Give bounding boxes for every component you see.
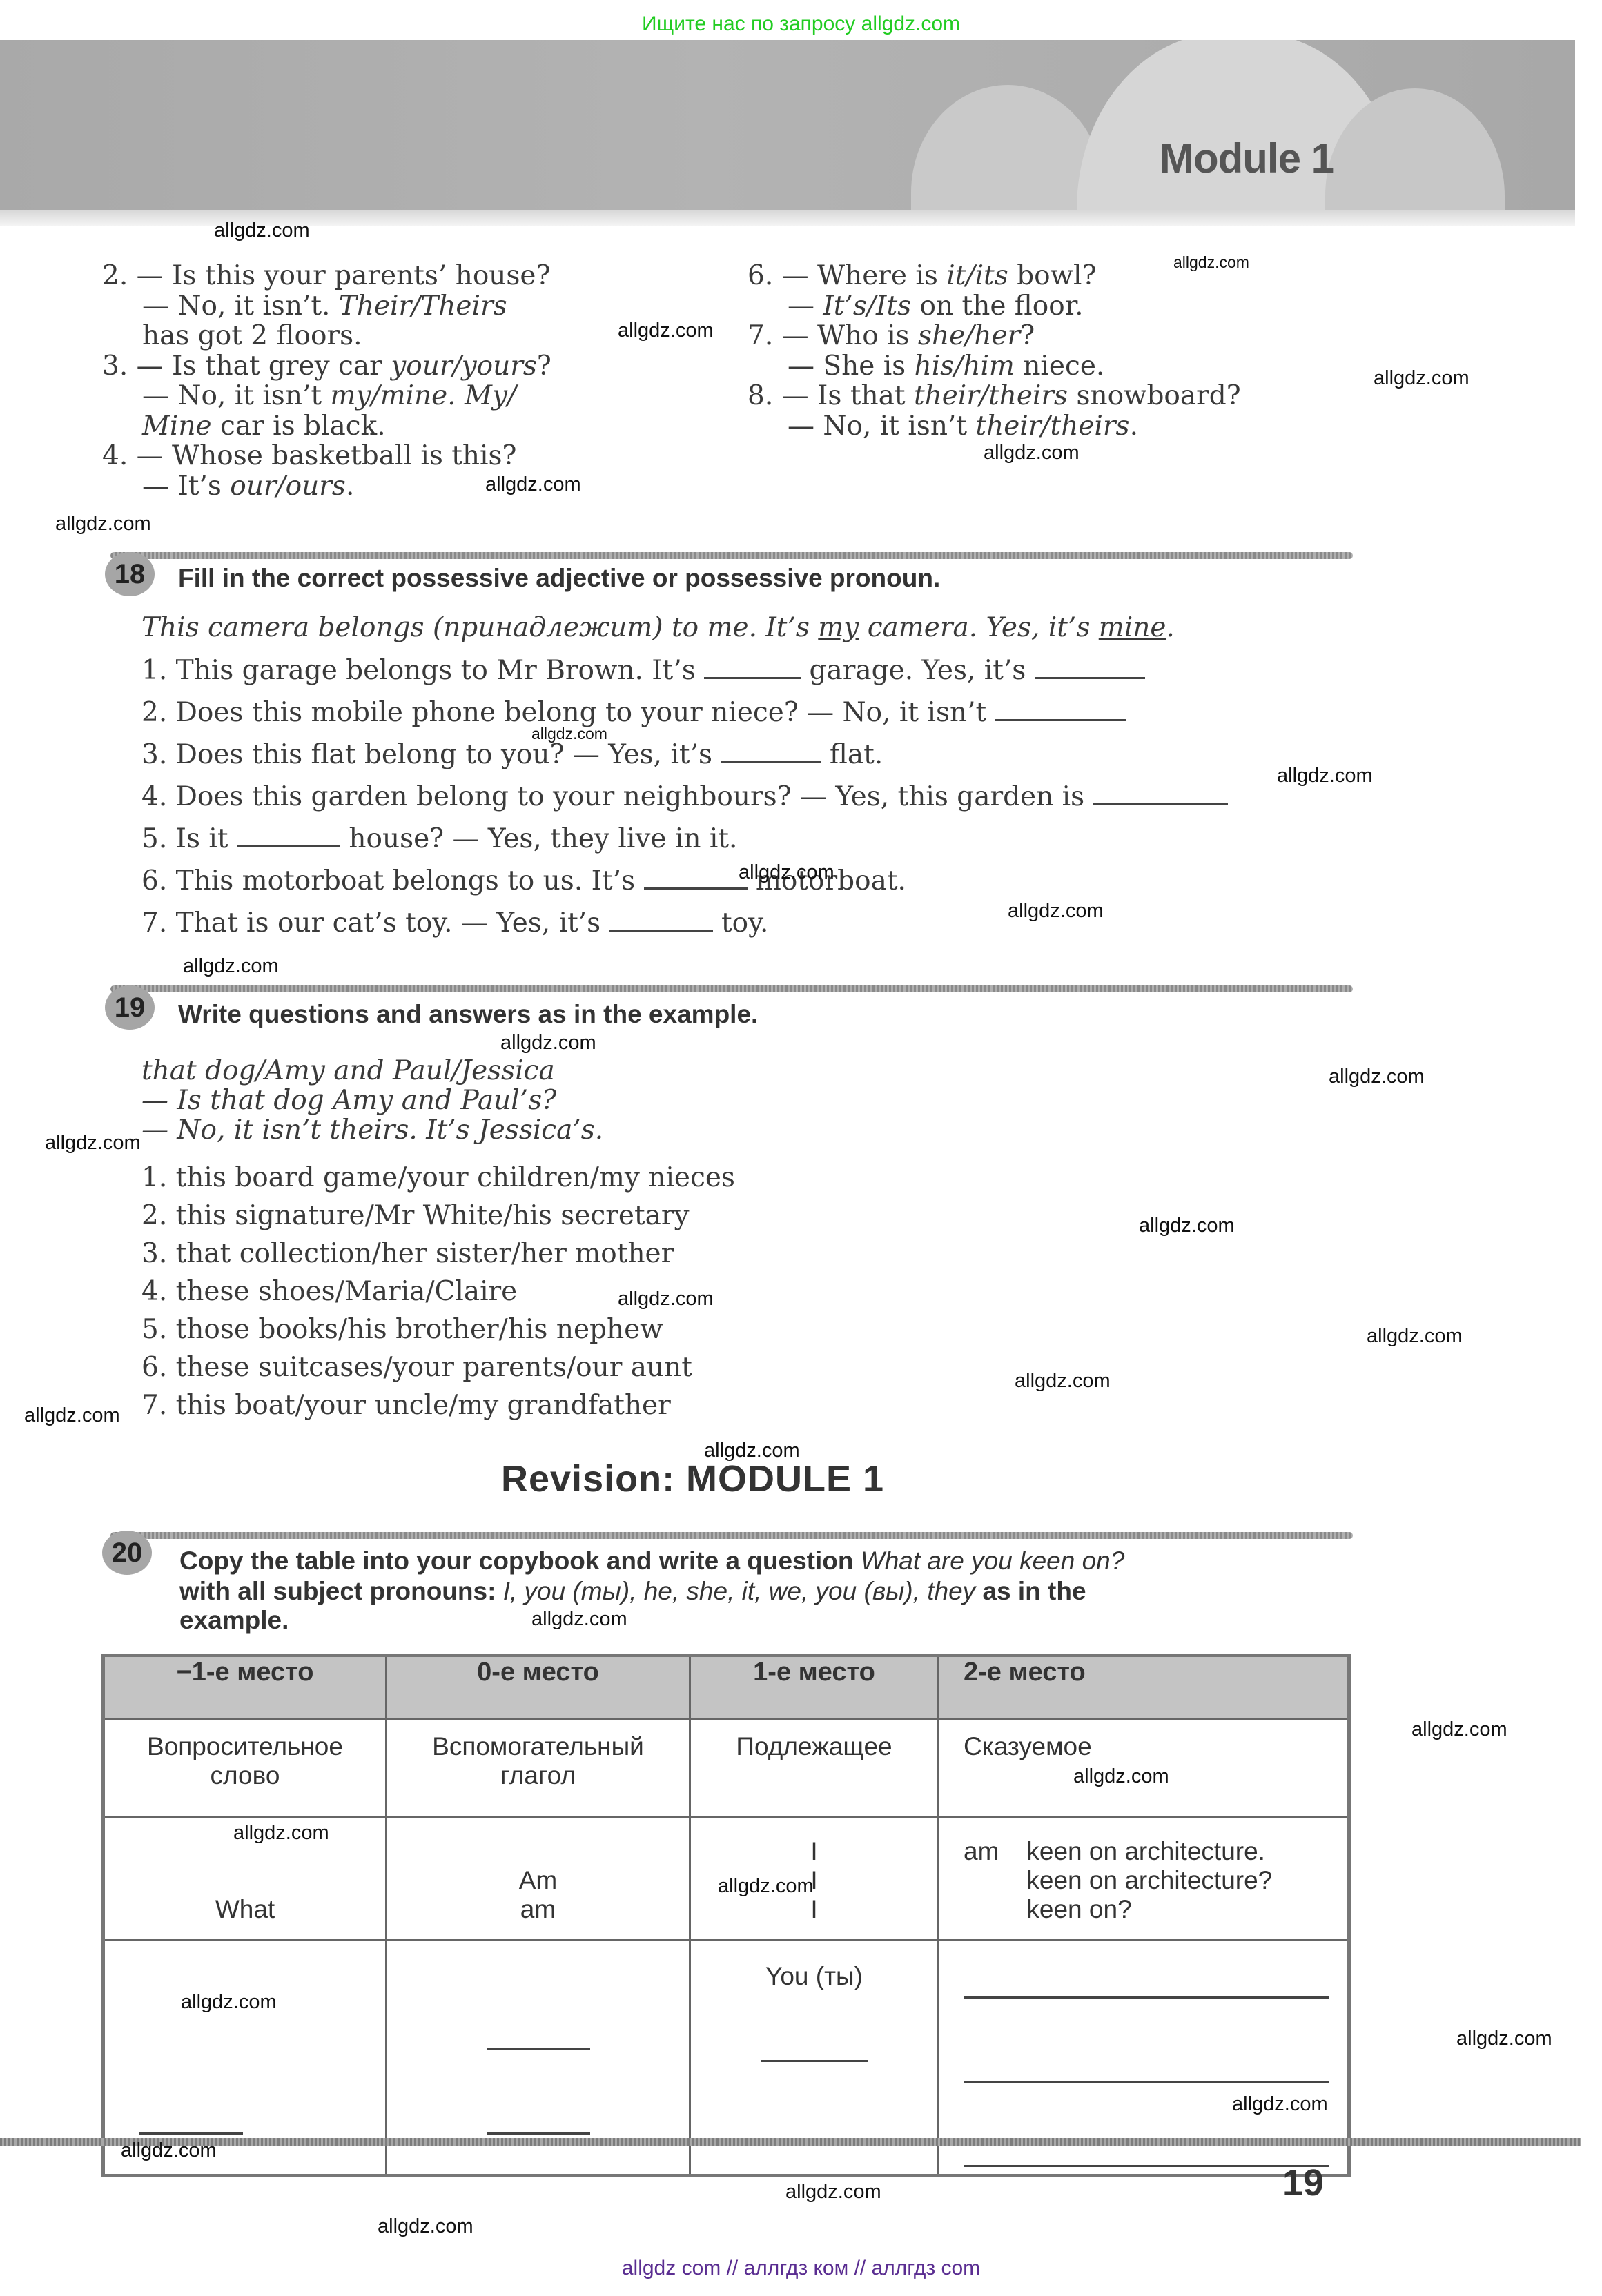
dialogue-line: — She is his/him niece. [788,351,1104,382]
dialogue-text: has got 2 floors. [142,320,362,351]
table-cell-line: keen on architecture. [1026,1837,1272,1866]
title-text: as in the [975,1577,1086,1605]
watermark-text: allgdz.com [378,2215,473,2238]
table-cell-line [387,1837,689,1866]
answer-blank[interactable] [964,2074,1329,2083]
sentence-order-table: −1-е место 0-е место 1-е место 2-е место… [101,1654,1351,2177]
dialogue-text: — Where is [782,260,947,291]
exercise-item: 2. Does this mobile phone belong to your… [141,698,1126,728]
table-cell-line: keen on? [1026,1895,1272,1924]
choice-options: Mine [142,411,212,442]
dialogue-text: — No, it isn’t [788,411,975,442]
dialogue-line: — It’s/Its on the floor. [788,291,1084,322]
table-cell: Подлежащее [690,1719,939,1817]
title-text: Copy the table into your copybook and wr… [179,1547,861,1575]
watermark-text: allgdz.com [618,320,714,342]
title-text: with all subject pronouns: [179,1577,503,1605]
watermark-text: allgdz.com [485,473,581,496]
answer-blank[interactable] [1035,656,1145,679]
choice-options: their/theirs [914,380,1068,411]
item-text: flat. [821,739,883,770]
watermark-text: allgdz.com [500,1032,596,1054]
choice-options: his/him [915,351,1015,382]
dialogue-line: — It’s our/ours. [142,471,354,502]
dialogue-text: . [346,471,354,502]
module-title: Module 1 [1160,135,1334,182]
item-number: 6. [748,260,782,291]
answer-blank[interactable] [237,825,340,847]
example-line: — No, it isn’t theirs. It’s Jessica’s. [141,1115,603,1146]
watermark-text: allgdz.com [1232,2093,1328,2116]
exercise-item: 5. Is it house? — Yes, they live in it. [141,824,737,854]
watermark-text: allgdz.com [1456,2028,1552,2050]
watermark-text: allgdz.com [531,725,607,743]
dialogue-line: 4. — Whose basketball is this? [102,441,516,471]
exercise-item: 2. this signature/Mr White/his secretary [141,1201,690,1231]
item-text: 2. Does this mobile phone belong to your… [141,697,995,728]
task-number-badge: 18 [105,552,155,596]
dialogue-line: 6. — Where is it/its bowl? [748,261,1096,291]
task20-title-line3: example. [179,1605,289,1636]
item-text: 7. That is our cat’s toy. — Yes, it’s [141,907,609,939]
item-text: toy. [713,907,769,939]
answer-blank[interactable] [609,909,713,932]
watermark-text: allgdz.com [1173,253,1249,272]
answer-blank[interactable] [487,2126,590,2135]
answer-blank[interactable] [139,2126,243,2135]
decorative-petal [911,85,1104,221]
example-text: camera. Yes, it’s [859,612,1098,643]
watermark-text: allgdz.com [1008,900,1104,923]
watermark-text: allgdz.com [785,2181,881,2204]
watermark-text: allgdz.com [45,1132,141,1155]
dialogue-text: — [788,291,823,322]
choice-options: it/its [946,260,1008,291]
table-cell-line: keen on architecture? [1026,1866,1272,1895]
dialogue-text: — No, it isn’t [142,380,330,411]
verb: am [964,1837,999,1924]
exercise-item: 1. this board game/your children/my niec… [141,1163,735,1193]
answer-blank[interactable] [964,1990,1329,1999]
table-header: 1-е место [690,1656,939,1719]
revision-title: Revision: MODULE 1 [501,1458,884,1500]
item-text: 6. This motorboat belongs to us. It’s [141,865,644,896]
task-number-badge: 20 [102,1531,152,1575]
exercise-item: 6. these suitcases/your parents/our aunt [141,1353,692,1383]
item-number: 2. [102,260,137,291]
exercise-item: 1. This garage belongs to Mr Brown. It’s… [141,656,1145,686]
table-header: −1-е место [104,1656,387,1719]
choice-options: my/mine. My/ [330,380,516,411]
example-text: This camera belongs (принадлежит) to me.… [141,612,818,643]
dialogue-text: snowboard? [1068,380,1241,411]
section-divider [110,1532,1353,1539]
exercise-item: 4. these shoes/Maria/Claire [141,1277,517,1307]
dialogue-text: — Is that grey car [137,351,391,382]
dialogue-line: 2. — Is this your parents’ house? [102,261,550,291]
exercise-item: 3. that collection/her sister/her mother [141,1239,674,1269]
watermark-text: allgdz.com [183,955,279,978]
choice-options: she/her [918,320,1020,351]
task19-title: Write questions and answers as in the ex… [178,999,758,1030]
dialogue-line: 8. — Is that their/theirs snowboard? [748,381,1241,411]
dialogue-line: 3. — Is that grey car your/yours? [102,351,551,382]
watermark-text: allgdz.com [704,1440,800,1462]
page-bottom-rule [0,2138,1581,2146]
task-number-badge: 19 [105,985,155,1030]
dialogue-text: — Is this your parents’ house? [137,260,551,291]
section-divider [110,552,1353,559]
watermark-text: allgdz.com [121,2139,217,2162]
dialogue-line: — No, it isn’t my/mine. My/ [142,381,516,411]
table-cell-line: am [387,1895,689,1924]
dialogue-text: niece. [1015,351,1104,382]
answer-blank[interactable] [1093,783,1228,805]
title-question: What are you keen on? [861,1547,1125,1575]
watermark-text: allgdz.com [1329,1066,1425,1088]
dialogue-line: 7. — Who is she/her? [748,321,1035,351]
watermark-text: allgdz.com [55,513,151,536]
section-divider [110,985,1353,992]
choice-options: Their/Theirs [339,291,507,322]
item-text: 3. Does this flat belong to you? — Yes, … [141,739,721,770]
table-header: 2-е место [939,1656,1349,1719]
choice-options: their/theirs [975,411,1129,442]
item-text: garage. Yes, it’s [801,655,1035,686]
table-cell-line: I [691,1895,937,1924]
dialogue-text: bowl? [1008,260,1097,291]
module-header-band [0,40,1575,221]
dialogue-text: on the floor. [911,291,1083,322]
dialogue-line: has got 2 floors. [142,321,362,351]
dialogue-text: — Whose basketball is this? [137,440,517,471]
table-cell: Вопросительное слово [104,1719,387,1817]
task18-title: Fill in the correct possessive adjective… [178,563,940,593]
answer-blank[interactable] [964,2158,1329,2167]
watermark-text: allgdz.com [1139,1215,1235,1237]
dialogue-text: . [1130,411,1138,442]
exercise-item: 7. this boat/your uncle/my grandfather [141,1391,671,1421]
dialogue-line: — No, it isn’t their/theirs. [788,411,1138,442]
dialogue-text: — Who is [782,320,918,351]
answer-blank[interactable] [487,2041,590,2050]
table-header-row: −1-е место 0-е место 1-е место 2-е место [104,1656,1349,1719]
dialogue-text: — It’s [142,471,230,502]
dialogue-text: ? [537,351,551,382]
watermark-text: allgdz.com [1015,1370,1111,1393]
answer-blank[interactable] [721,740,821,763]
dialogue-text: — She is [788,351,915,382]
task20-title-line1: Copy the table into your copybook and wr… [179,1546,1124,1576]
choice-options: our/ours [230,471,346,502]
dialogue-text: car is black. [212,411,386,442]
dialogue-line: Mine car is black. [142,411,386,442]
watermark-text: allgdz.com [531,1608,627,1631]
exercise-item: 7. That is our cat’s toy. — Yes, it’s to… [141,908,768,939]
item-text: 5. Is it [141,823,237,854]
search-banner[interactable]: Ищите нас по запросу allgdz.com [0,12,1602,36]
watermark-text: allgdz.com [1367,1325,1463,1348]
watermark-text: allgdz.com [233,1822,329,1845]
dialogue-text: — No, it isn’t. [142,291,339,322]
exercise-item: 5. those books/his brother/his nephew [141,1315,663,1345]
watermark-text: allgdz.com [739,861,834,884]
answer-blank[interactable] [995,698,1126,721]
watermark-text: allgdz.com [1277,765,1373,787]
item-text: 4. Does this garden belong to your neigh… [141,781,1093,812]
footer-links[interactable]: allgdz com // аллгдз ком // аллгдз com [0,2257,1602,2280]
exercise-item: 4. Does this garden belong to your neigh… [141,782,1228,812]
watermark-text: allgdz.com [1374,367,1469,390]
example-answer: my [818,612,859,643]
item-number: 3. [102,351,137,382]
item-number: 7. [748,320,782,351]
table-cell-line: I [691,1837,937,1866]
watermark-text: allgdz.com [214,219,310,242]
item-number: 8. [748,380,782,411]
watermark-text: allgdz.com [181,1991,277,2014]
choice-options: It’s/Its [823,291,911,322]
example-answer: mine [1099,612,1166,643]
subject: You (ты) [692,1962,937,1991]
answer-blank[interactable] [704,656,801,679]
table-cell-line: Am [387,1866,689,1895]
example-text: . [1166,612,1174,643]
example-line: — Is that dog Amy and Paul’s? [141,1086,556,1116]
watermark-text: allgdz.com [1073,1765,1169,1788]
task20-title-line2: with all subject pronouns: I, you (ты), … [179,1576,1086,1607]
dialogue-text: ? [1020,320,1035,351]
watermark-text: allgdz.com [718,1875,814,1898]
table-cell: am keen on architecture.keen on architec… [939,1817,1349,1941]
item-text: 1. This garage belongs to Mr Brown. It’s [141,655,704,686]
item-number: 4. [102,440,137,471]
dialogue-line: — No, it isn’t. Their/Theirs [142,291,507,322]
title-pronouns: I, you (ты), he, she, it, we, you (вы), … [503,1577,975,1605]
example-line: that dog/Amy and Paul/Jessica [141,1056,555,1086]
watermark-text: allgdz.com [618,1288,714,1311]
dialogue-text: — Is that [782,380,914,411]
watermark-text: allgdz.com [1411,1718,1507,1741]
table-cell-line: What [105,1895,385,1924]
table-cell: Amam [387,1817,690,1941]
page-number: 19 [1282,2161,1324,2204]
task18-example: This camera belongs (принадлежит) to me.… [141,613,1175,643]
table-header: 0-е место [387,1656,690,1719]
choice-options: your/yours [391,351,537,382]
table-cell-line [105,1866,385,1895]
watermark-text: allgdz.com [984,442,1080,464]
item-text: house? — Yes, they live in it. [340,823,737,854]
table-cell: Вспомогательный глагол [387,1719,690,1817]
watermark-text: allgdz.com [24,1404,120,1427]
answer-blank[interactable] [761,2053,868,2062]
exercise-item: 3. Does this flat belong to you? — Yes, … [141,740,883,770]
answer-blank[interactable] [644,867,748,890]
